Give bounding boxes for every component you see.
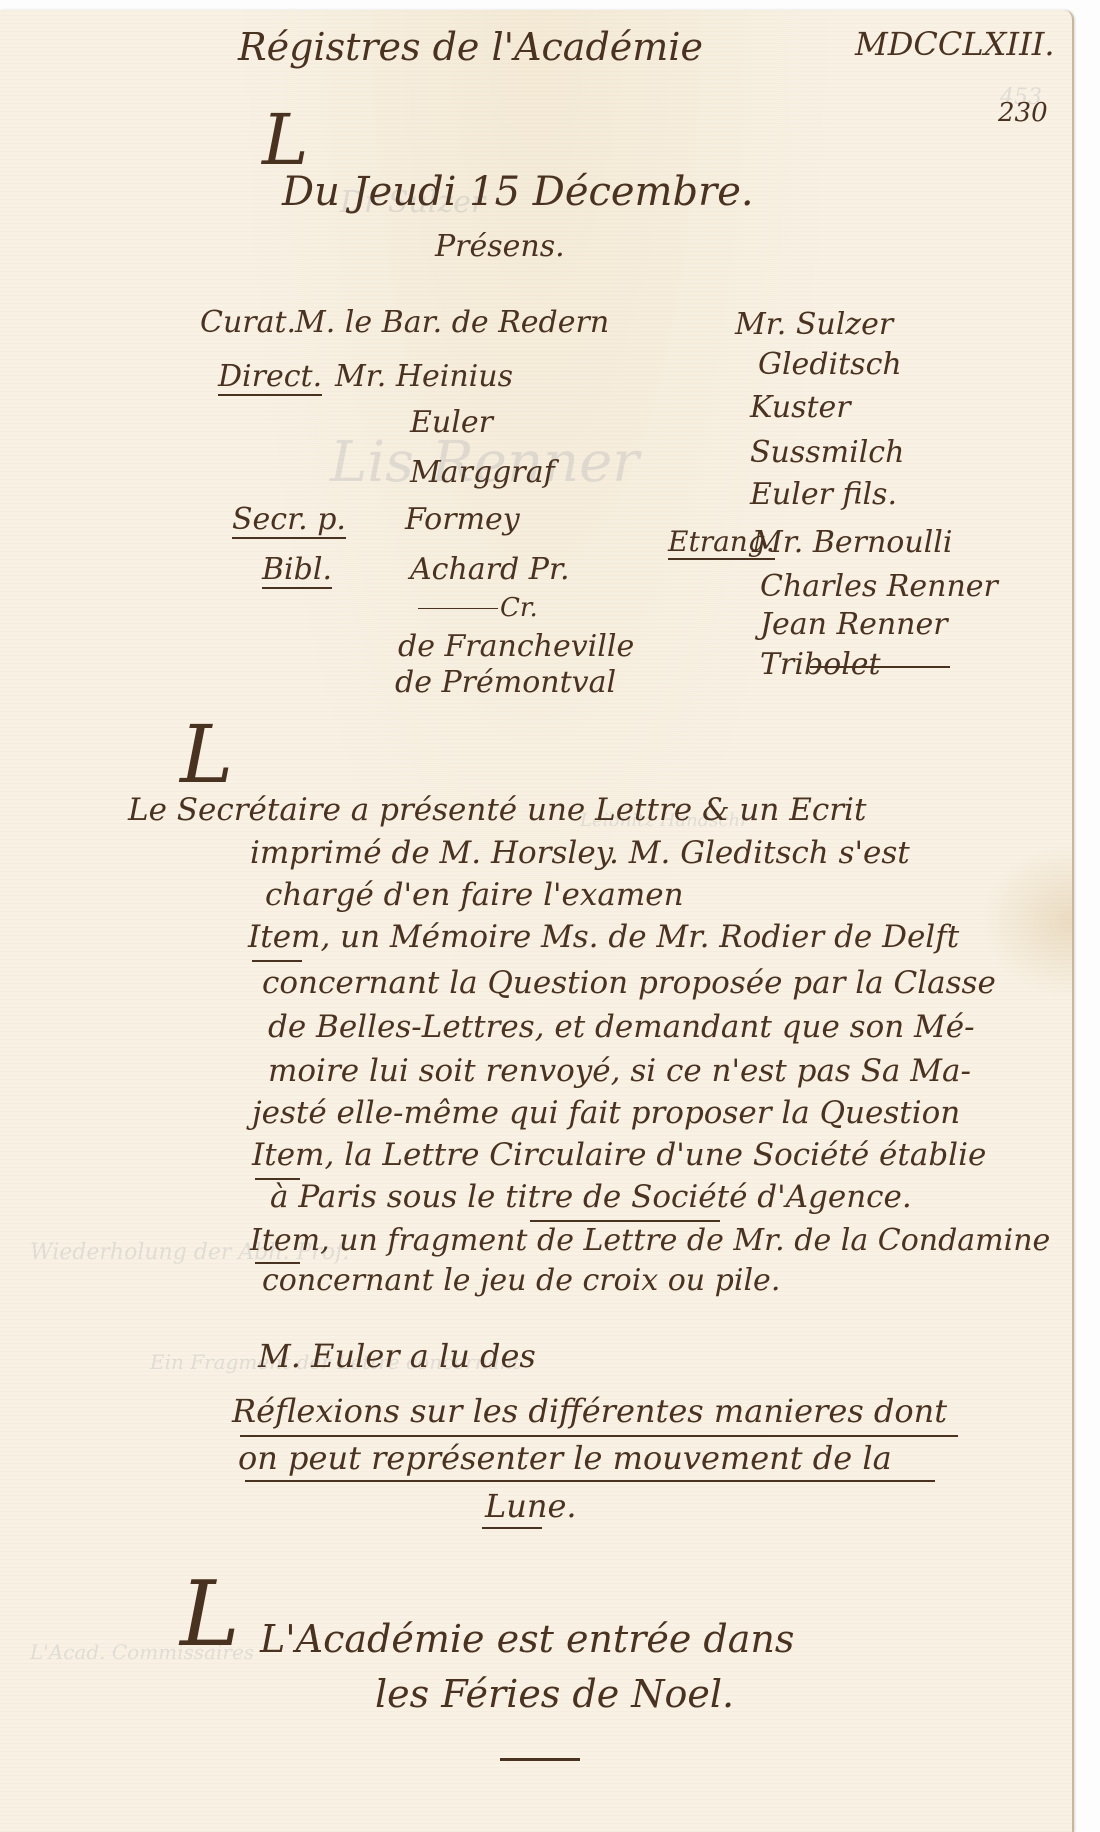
attendee-name: Tribolet bbox=[760, 650, 881, 680]
memoir-title-line: on peut représenter le mouvement de la bbox=[238, 1442, 892, 1474]
paragraph-flourish: L bbox=[262, 105, 308, 175]
attendee-name: Cr. bbox=[500, 595, 538, 621]
attendee-name: Formey bbox=[405, 505, 520, 535]
register-title: Régistres de l'Académie bbox=[238, 28, 703, 66]
attendee-name: de Prémontval bbox=[395, 668, 616, 698]
strike-rule bbox=[810, 666, 950, 668]
memoir-underline bbox=[240, 1435, 958, 1437]
minutes-line: jesté elle-même qui fait proposer la Que… bbox=[252, 1098, 960, 1129]
memoir-title-line: Lune. bbox=[485, 1490, 577, 1522]
minutes-line: chargé d'en faire l'examen bbox=[265, 880, 684, 911]
title-underline bbox=[530, 1220, 720, 1222]
attendee-name: Marggraf bbox=[410, 458, 555, 488]
minutes-line: moire lui soit renvoyé, si ce n'est pas … bbox=[268, 1056, 971, 1087]
minutes-line: imprimé de M. Horsley. M. Gleditsch s'es… bbox=[250, 838, 910, 869]
attendee-name: Mr. Sulzer bbox=[735, 310, 893, 340]
attendee-name: Jean Renner bbox=[760, 610, 948, 640]
attendee-role: Curat. bbox=[200, 308, 296, 338]
paragraph-flourish: L bbox=[180, 715, 233, 795]
page-number: 230 bbox=[998, 100, 1048, 126]
session-date: Du Jeudi 15 Décembre. bbox=[282, 172, 754, 212]
attendee-name: Charles Renner bbox=[760, 572, 998, 602]
attendee-name: Gleditsch bbox=[758, 350, 902, 380]
paragraph-flourish: L bbox=[180, 1570, 240, 1660]
closing-line: les Féries de Noel. bbox=[375, 1675, 734, 1713]
attendee-name: Kuster bbox=[750, 393, 851, 423]
attendee-name: M. le Bar. de Redern bbox=[295, 308, 609, 338]
attendee-name: Euler bbox=[410, 408, 493, 438]
minutes-line: Item, un fragment de Lettre de Mr. de la… bbox=[250, 1226, 1050, 1256]
manuscript-page: Dr Sulzer Lis Renner Leibnitz Handschr W… bbox=[0, 10, 1074, 1832]
minutes-line: Item, la Lettre Circulaire d'une Société… bbox=[252, 1140, 986, 1171]
attendee-name: de Francheville bbox=[398, 632, 634, 662]
closing-line: L'Académie est entrée dans bbox=[260, 1620, 794, 1658]
reading-intro: M. Euler a lu des bbox=[258, 1340, 536, 1372]
presens-label: Présens. bbox=[435, 232, 565, 262]
end-rule bbox=[500, 1758, 580, 1761]
attendee-name: Sussmilch bbox=[750, 438, 904, 468]
minutes-line: à Paris sous le titre de Société d'Agenc… bbox=[270, 1182, 912, 1213]
attendee-name: Mr. Heinius bbox=[335, 362, 513, 392]
attendee-name: Euler fils. bbox=[750, 480, 897, 510]
minutes-line: Item, un Mémoire Ms. de Mr. Rodier de De… bbox=[248, 922, 959, 953]
minutes-line: Le Secrétaire a présenté une Lettre & un… bbox=[128, 795, 866, 826]
attendee-role: Secr. p. bbox=[232, 505, 346, 539]
memoir-underline bbox=[245, 1480, 935, 1482]
minutes-line: de Belles-Lettres, et demandant que son … bbox=[268, 1012, 975, 1043]
minutes-line: concernant le jeu de croix ou pile. bbox=[262, 1266, 780, 1296]
attendee-name: Achard Pr. bbox=[410, 555, 570, 585]
attendee-name: Mr. Bernoulli bbox=[752, 528, 952, 558]
year-roman: MDCCLXIII. bbox=[855, 28, 1055, 60]
name-rule bbox=[418, 608, 498, 609]
attendee-role: Bibl. bbox=[262, 555, 332, 589]
item-underline bbox=[252, 960, 302, 962]
attendee-role: Direct. bbox=[218, 362, 322, 396]
minutes-line: concernant la Question proposée par la C… bbox=[262, 968, 996, 999]
memoir-underline bbox=[482, 1527, 542, 1529]
memoir-title-line: Réflexions sur les différentes manieres … bbox=[232, 1395, 947, 1427]
